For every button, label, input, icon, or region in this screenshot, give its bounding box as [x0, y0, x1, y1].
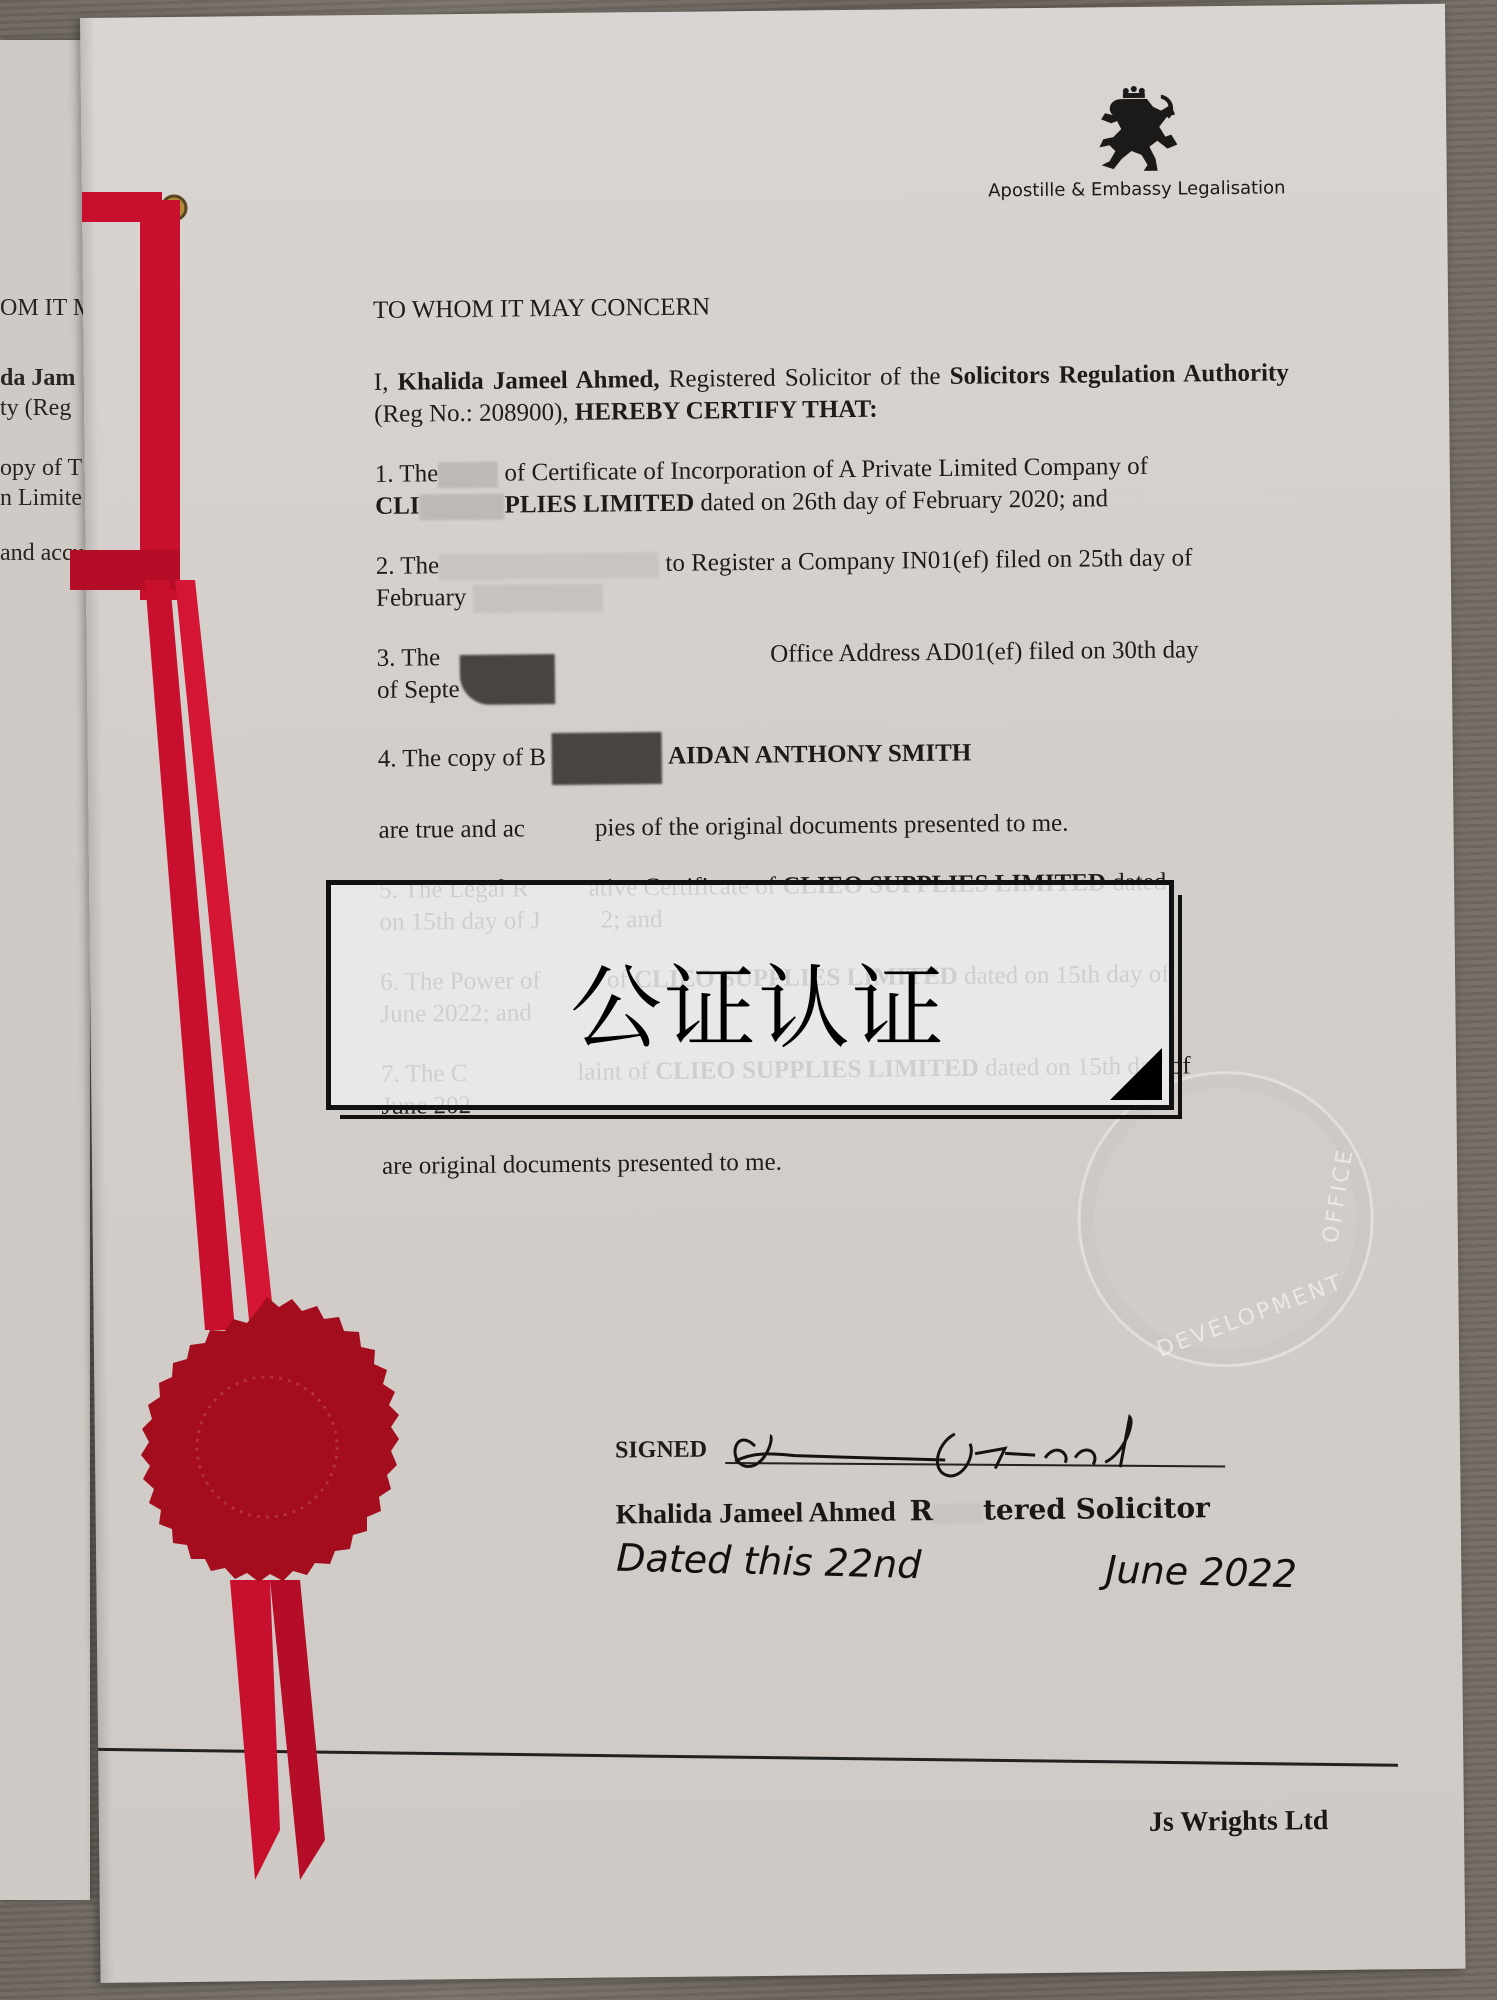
letterhead-text: Apostille & Embassy Legalisation: [972, 177, 1302, 201]
item-text: Office Address AD01(ef) filed on 30th da…: [770, 636, 1199, 667]
item-text: The copy of B: [396, 744, 546, 773]
redaction-gap: [933, 1578, 1093, 1582]
overlay-corner-fold: [1110, 1048, 1162, 1100]
item-text: of Certificate of Incorporation of A Pri…: [498, 453, 1148, 487]
authority-name: Solicitors Regulation Authority: [950, 359, 1289, 390]
handwritten-date: Dated this 22nd June 2022: [616, 1536, 1298, 1597]
red-ribbon: [70, 180, 370, 1900]
lion-crest-icon: [1091, 84, 1182, 173]
redaction: [459, 654, 555, 705]
item-number: 4.: [378, 745, 397, 772]
wax-seal: [112, 1292, 422, 1602]
certification-intro: I, Khalida Jameel Ahmed, Registered Soli…: [374, 357, 1290, 431]
item-text: dated on 26th day of February 2020; and: [694, 485, 1108, 516]
handwritten-signature: [725, 1411, 1246, 1486]
redaction: [439, 552, 659, 580]
redaction-gap: [525, 836, 595, 837]
item-text: The: [393, 460, 438, 487]
item-text: February: [376, 584, 467, 612]
person-name: AIDAN ANTHONY SMITH: [668, 739, 972, 769]
item-number: 2.: [376, 553, 395, 580]
signer-title: R: [910, 1494, 934, 1527]
letterhead: Apostille & Embassy Legalisation: [971, 83, 1302, 201]
date-text: June 2022: [1105, 1548, 1298, 1597]
closing-text: are true and ac: [378, 815, 525, 844]
signed-label: SIGNED: [615, 1437, 707, 1464]
item-2: 2. The to Register a Company IN01(ef) fi…: [376, 541, 1292, 615]
item-number: 1.: [375, 461, 394, 488]
company-name: CLI: [375, 492, 420, 519]
item-3: 3. TheOffice Address AD01(ef) filed on 3…: [377, 633, 1293, 707]
emboss-text: OFFICE: [1318, 1146, 1358, 1245]
footer-company: Js Wrights Ltd: [1149, 1805, 1329, 1839]
redaction: [472, 584, 602, 613]
emboss-text: DEVELOPMENT: [1154, 1270, 1348, 1363]
overlay-label: 公证认证: [570, 935, 946, 1067]
item-text: of Septe: [377, 676, 460, 704]
registration-number: (Reg No.: 208900),: [374, 399, 575, 428]
item-text: The: [395, 644, 440, 671]
signer-title: tered Solicitor: [983, 1491, 1210, 1526]
signer-name-title: Khalida Jameel Ahmed Rtered Solicitor: [616, 1491, 1210, 1531]
item-text: The: [394, 552, 439, 579]
item-4: 4. The copy of BAIDAN ANTHONY SMITH: [378, 725, 1293, 787]
redaction: [438, 462, 498, 489]
date-text: Dated this 22nd: [616, 1536, 922, 1587]
intro-text: Registered Solicitor of the: [659, 363, 949, 393]
solicitor-name: Khalida Jameel Ahmed,: [397, 366, 659, 396]
group-a-closing: are true and acpies of the original docu…: [378, 805, 1293, 847]
signature-block: SIGNED Khalida Jameel Ahmed Rtered Solic…: [615, 1429, 1415, 1464]
redaction: [419, 494, 504, 521]
certify-statement: HEREBY CERTIFY THAT:: [575, 396, 878, 426]
redaction: [552, 732, 663, 785]
item-text: to Register a Company IN01(ef) filed on …: [665, 544, 1192, 577]
greeting: TO WHOM IT MAY CONCERN: [373, 285, 1288, 327]
previous-page-fragment: da Jam: [0, 365, 75, 392]
company-name: PLIES LIMITED: [504, 490, 694, 519]
previous-page-fragment: ty (Reg: [0, 395, 71, 422]
item-number: 3.: [377, 645, 396, 672]
redaction: [933, 1503, 983, 1524]
signer-name: Khalida Jameel Ahmed: [616, 1497, 896, 1531]
item-1: 1. The of Certificate of Incorporation o…: [375, 449, 1291, 523]
intro-text: I,: [374, 369, 398, 396]
closing-text: pies of the original documents presented…: [595, 810, 1069, 842]
